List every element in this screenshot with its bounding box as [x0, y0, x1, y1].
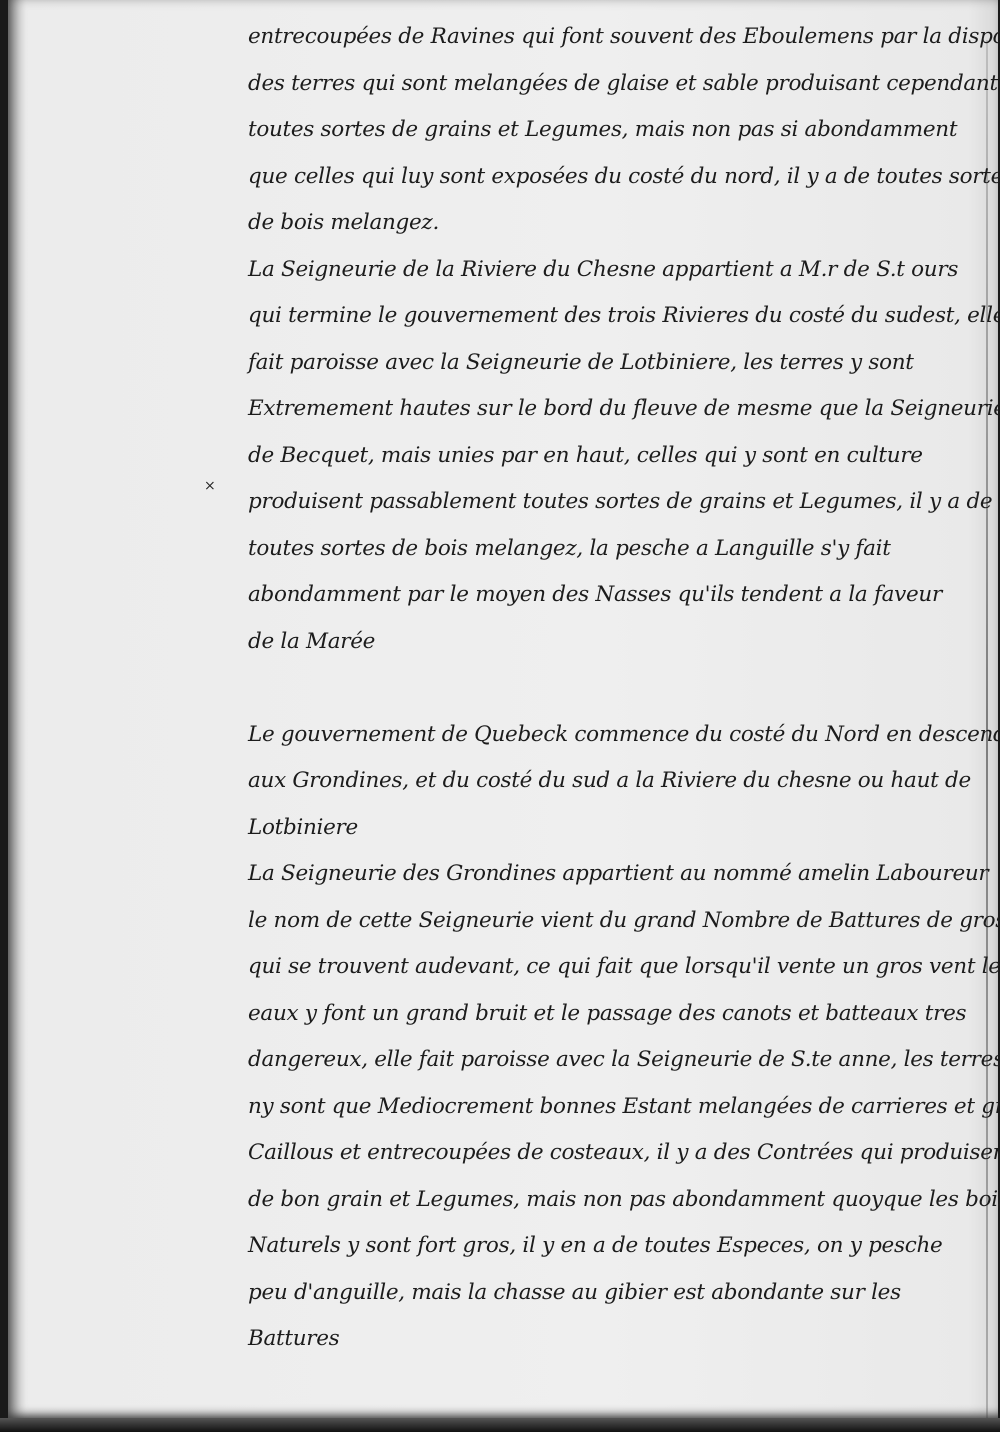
text-line: peu d'anguille, mais la chasse au gibier… [248, 1264, 998, 1311]
text-line: de bois melangez. [248, 194, 998, 241]
text-line: Caillous et entrecoupées de costeaux, il… [248, 1124, 998, 1171]
text-line: le nom de cette Seigneurie vient du gran… [248, 892, 998, 939]
text-line: entrecoupées de Ravines qui font souvent… [248, 8, 998, 55]
text-line: aux Grondines, et du costé du sud a la R… [248, 752, 998, 799]
margin-mark: × [204, 478, 216, 494]
text-line: eaux y font un grand bruit et le passage… [248, 985, 998, 1032]
manuscript-page: × entrecoupées de Ravines qui font souve… [8, 0, 998, 1418]
text-line: de bon grain et Legumes, mais non pas ab… [248, 1171, 998, 1218]
text-line: qui se trouvent audevant, ce qui fait qu… [248, 938, 998, 985]
text-line: Le gouvernement de Quebeck commence du c… [248, 706, 998, 753]
text-line: La Seigneurie des Grondines appartient a… [248, 845, 998, 892]
text-line: ny sont que Mediocrement bonnes Estant m… [248, 1078, 998, 1125]
manuscript-text: entrecoupées de Ravines qui font souvent… [248, 8, 998, 1357]
text-line: que celles qui luy sont exposées du cost… [248, 148, 998, 195]
text-line: toutes sortes de grains et Legumes, mais… [248, 101, 998, 148]
paragraph-gap [248, 659, 998, 706]
text-line: abondamment par le moyen des Nasses qu'i… [248, 566, 998, 613]
scan-bottom-edge [0, 1418, 1000, 1432]
text-line: La Seigneurie de la Riviere du Chesne ap… [248, 241, 998, 288]
text-line: des terres qui sont melangées de glaise … [248, 55, 998, 102]
text-line: Battures [248, 1310, 998, 1357]
text-line: produisent passablement toutes sortes de… [248, 473, 998, 520]
text-line: dangereux, elle fait paroisse avec la Se… [248, 1031, 998, 1078]
text-line: fait paroisse avec la Seigneurie de Lotb… [248, 334, 998, 381]
text-line: Naturels y sont fort gros, il y en a de … [248, 1217, 998, 1264]
text-line: Extremement hautes sur le bord du fleuve… [248, 380, 998, 427]
text-line: Lotbiniere [248, 799, 998, 846]
text-line: de Becquet, mais unies par en haut, cell… [248, 427, 998, 474]
text-line: qui termine le gouvernement des trois Ri… [248, 287, 998, 334]
text-line: de la Marée [248, 613, 998, 660]
text-line: toutes sortes de bois melangez, la pesch… [248, 520, 998, 567]
